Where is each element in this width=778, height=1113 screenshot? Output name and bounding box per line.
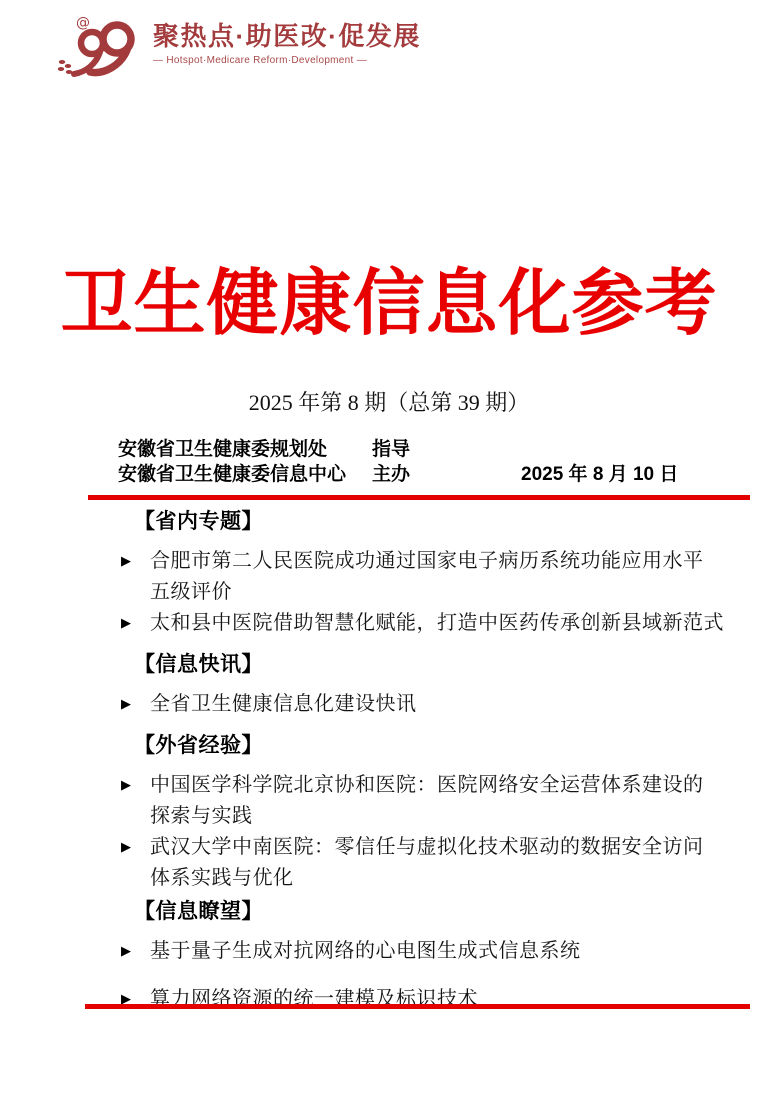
logo-slogan-cn: 聚热点·助医改·促发展 — [153, 22, 421, 51]
toc-item-line: 体系实践与优化 — [150, 863, 704, 894]
toc-item-text: 合肥市第二人民医院成功通过国家电子病历系统功能应用水平 五级评价 — [150, 546, 704, 608]
toc-section-header: 【外省经验】 — [118, 733, 733, 759]
logo-text: 聚热点·助医改·促发展 — Hotspot·Medicare Reform·De… — [153, 12, 421, 66]
logo-slogan-en: — Hotspot·Medicare Reform·Development — — [153, 55, 421, 66]
toc-section-header: 【信息快讯】 — [118, 652, 733, 678]
publisher-role: 指导 — [372, 437, 410, 462]
toc-section-header: 【信息瞭望】 — [118, 899, 733, 925]
publisher-block: 安徽省卫生健康委规划处 指导 安徽省卫生健康委信息中心 主办 — [118, 437, 410, 487]
toc-item-line: 探索与实践 — [150, 801, 704, 832]
toc-item-text: 全省卫生健康信息化建设快讯 — [150, 689, 417, 720]
bullet-triangle-icon: ▶ — [121, 984, 135, 1015]
toc-item-line: 全省卫生健康信息化建设快讯 — [150, 689, 417, 720]
toc-item: ▶ 全省卫生健康信息化建设快讯 — [118, 689, 733, 720]
toc-item-text: 算力网络资源的统一建模及标识技术 — [150, 984, 478, 1015]
bullet-triangle-icon: ▶ — [121, 546, 135, 577]
publisher-org: 安徽省卫生健康委信息中心 — [118, 462, 372, 487]
toc-item-line: 五级评价 — [150, 577, 704, 608]
toc-item-text: 武汉大学中南医院：零信任与虚拟化技术驱动的数据安全访问 体系实践与优化 — [150, 832, 704, 894]
toc-item-text: 基于量子生成对抗网络的心电图生成式信息系统 — [150, 936, 581, 967]
bullet-triangle-icon: ▶ — [121, 832, 135, 863]
toc-item: ▶ 中国医学科学院北京协和医院：医院网络安全运营体系建设的 探索与实践 — [118, 770, 733, 832]
toc-item: ▶ 算力网络资源的统一建模及标识技术 — [118, 984, 733, 1015]
toc-item: ▶ 太和县中医院借助智慧化赋能，打造中医药传承创新县域新范式 — [118, 608, 733, 639]
toc-section-provincial-topics: 【省内专题】 ▶ 合肥市第二人民医院成功通过国家电子病历系统功能应用水平 五级评… — [118, 509, 733, 639]
bottom-divider-rule — [85, 1004, 750, 1009]
publication-date: 2025 年 8 月 10 日 — [521, 462, 678, 487]
toc-item: ▶ 合肥市第二人民医院成功通过国家电子病历系统功能应用水平 五级评价 — [118, 546, 733, 608]
toc-section-info-express: 【信息快讯】 ▶ 全省卫生健康信息化建设快讯 — [118, 652, 733, 720]
toc-item-text: 中国医学科学院北京协和医院：医院网络安全运营体系建设的 探索与实践 — [150, 770, 704, 832]
toc-section-other-province-experience: 【外省经验】 ▶ 中国医学科学院北京协和医院：医院网络安全运营体系建设的 探索与… — [118, 733, 733, 894]
bullet-triangle-icon: ▶ — [121, 608, 135, 639]
logo-mark-icon: @ — [54, 12, 148, 78]
bullet-triangle-icon: ▶ — [121, 689, 135, 720]
top-divider-rule — [88, 495, 750, 500]
toc-item-line: 合肥市第二人民医院成功通过国家电子病历系统功能应用水平 — [150, 546, 704, 577]
toc-item-line: 中国医学科学院北京协和医院：医院网络安全运营体系建设的 — [150, 770, 704, 801]
toc-item: ▶ 基于量子生成对抗网络的心电图生成式信息系统 — [118, 936, 733, 967]
issue-line: 2025 年第 8 期（总第 39 期） — [0, 386, 778, 417]
newsletter-title: 卫生健康信息化参考 — [0, 260, 778, 346]
logo: @ 聚热点·助医改·促发展 — Hotspot·Medicare Reform·… — [54, 12, 421, 78]
publisher-row: 安徽省卫生健康委规划处 指导 — [118, 437, 410, 462]
svg-text:@: @ — [76, 15, 90, 31]
publisher-row: 安徽省卫生健康委信息中心 主办 — [118, 462, 410, 487]
toc-item-line: 算力网络资源的统一建模及标识技术 — [150, 984, 478, 1015]
toc-item-line: 基于量子生成对抗网络的心电图生成式信息系统 — [150, 936, 581, 967]
bullet-triangle-icon: ▶ — [121, 936, 135, 967]
bullet-triangle-icon: ▶ — [121, 770, 135, 801]
publisher-org: 安徽省卫生健康委规划处 — [118, 437, 372, 462]
publisher-role: 主办 — [372, 462, 410, 487]
toc-item-line: 太和县中医院借助智慧化赋能，打造中医药传承创新县域新范式 — [150, 608, 724, 639]
newsletter-cover-page: @ 聚热点·助医改·促发展 — Hotspot·Medicare Reform·… — [0, 0, 778, 1113]
toc-item-text: 太和县中医院借助智慧化赋能，打造中医药传承创新县域新范式 — [150, 608, 724, 639]
toc-item: ▶ 武汉大学中南医院：零信任与虚拟化技术驱动的数据安全访问 体系实践与优化 — [118, 832, 733, 894]
toc-item-line: 武汉大学中南医院：零信任与虚拟化技术驱动的数据安全访问 — [150, 832, 704, 863]
toc-section-info-outlook: 【信息瞭望】 ▶ 基于量子生成对抗网络的心电图生成式信息系统 ▶ 算力网络资源的… — [118, 899, 733, 1015]
toc-section-header: 【省内专题】 — [118, 509, 733, 535]
